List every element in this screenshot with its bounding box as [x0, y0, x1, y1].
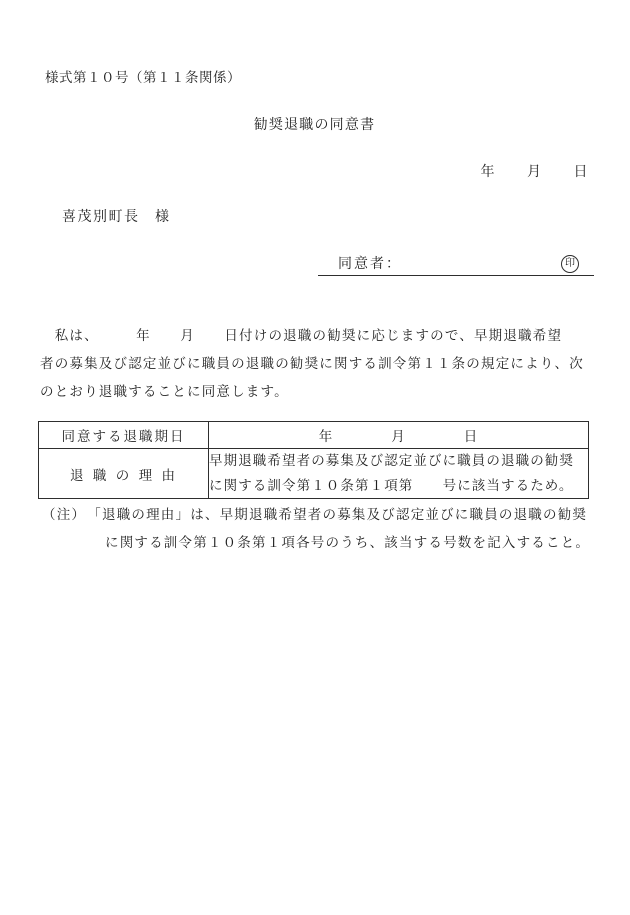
reason-line: に関する訓令第１０条第１項第 号に該当するため。 [209, 474, 588, 499]
table-row-retirement-date: 同意する退職期日 年 月 日 [39, 422, 589, 449]
consent-table: 同意する退職期日 年 月 日 退 職 の 理 由 早期退職希望者の募集及び認定並… [38, 421, 589, 499]
consenter-signature-line: 同意者： 印 [318, 256, 594, 276]
reason-line: 早期退職希望者の募集及び認定並びに職員の退職の勧奨 [209, 449, 588, 474]
date-blank-line: 年 月 日 [40, 161, 589, 181]
document-page: 様式第１０号（第１１条関係） 勧奨退職の同意書 年 月 日 喜茂別町長 様 同意… [0, 0, 630, 915]
body-line: 私は、 年 月 日付けの退職の勧奨に応じますので、早期退職希望 [40, 322, 590, 350]
form-number: 様式第１０号（第１１条関係） [45, 66, 241, 86]
body-line: 者の募集及び認定並びに職員の退職の勧奨に関する訓令第１１条の規定により、次 [40, 350, 590, 378]
page-title: 勧奨退職の同意書 [40, 114, 589, 134]
seal-mark-icon: 印 [561, 255, 579, 273]
body-paragraph: 私は、 年 月 日付けの退職の勧奨に応じますので、早期退職希望 者の募集及び認定… [40, 322, 590, 406]
table-row-retirement-reason: 退 職 の 理 由 早期退職希望者の募集及び認定並びに職員の退職の勧奨 に関する… [39, 449, 589, 499]
addressee: 喜茂別町長 様 [62, 206, 171, 226]
consenter-label: 同意者： [338, 253, 402, 273]
footnote: （注） 「退職の理由」は、早期退職希望者の募集及び認定並びに職員の退職の勧奨 に… [42, 501, 602, 556]
retirement-date-blank: 年 月 日 [209, 422, 589, 449]
retirement-reason-value: 早期退職希望者の募集及び認定並びに職員の退職の勧奨 に関する訓令第１０条第１項第… [209, 449, 589, 499]
body-line: のとおり退職することに同意します。 [40, 378, 590, 406]
retirement-date-label: 同意する退職期日 [39, 422, 209, 449]
retirement-reason-label: 退 職 の 理 由 [39, 449, 209, 499]
footnote-line: （注） 「退職の理由」は、早期退職希望者の募集及び認定並びに職員の退職の勧奨 [42, 501, 602, 529]
footnote-line: に関する訓令第１０条第１項各号のうち、該当する号数を記入すること。 [105, 529, 602, 557]
